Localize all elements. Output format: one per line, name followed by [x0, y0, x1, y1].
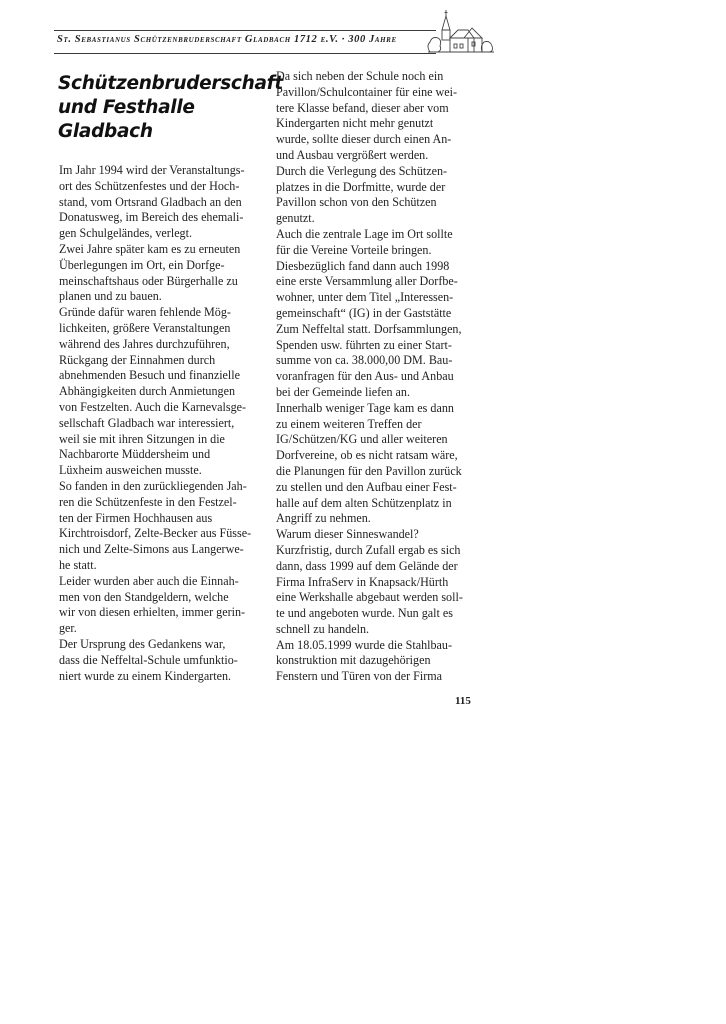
text-line: Pavillon/Schulcontainer für eine wei- [276, 85, 490, 101]
text-line: ger. [59, 621, 273, 637]
text-line: Überlegungen im Ort, ein Dorfge- [59, 258, 273, 274]
text-line: Innerhalb weniger Tage kam es dann [276, 401, 490, 417]
text-line: Abhängigkeiten durch Anmietungen [59, 384, 273, 400]
text-line: abnehmenden Besuch und finanzielle [59, 368, 273, 384]
text-line: Kirchtroisdorf, Zelte-Becker aus Füsse- [59, 526, 273, 542]
text-line: Der Ursprung des Gedankens war, [59, 637, 273, 653]
text-line: Kindergarten nicht mehr genutzt [276, 116, 490, 132]
text-line: weil sie mit ihren Sitzungen in die [59, 432, 273, 448]
left-column-text: Im Jahr 1994 wird der Veranstaltungs- or… [59, 163, 273, 684]
text-line: von Festzelten. Auch die Karnevalsge- [59, 400, 273, 416]
text-line: Spenden usw. führten zu einer Start- [276, 338, 490, 354]
text-line: Fenstern und Türen von der Firma [276, 669, 490, 685]
running-header: St. Sebastianus Schützenbruderschaft Gla… [54, 20, 494, 60]
text-line: Nachbarorte Müddersheim und [59, 447, 273, 463]
text-line: te und angeboten wurde. Nun galt es [276, 606, 490, 622]
text-line: voranfragen für den Aus- und Anbau [276, 369, 490, 385]
text-line: dass die Neffeltal-Schule umfunktio- [59, 653, 273, 669]
text-line: Firma InfraServ in Knapsack/Hürth [276, 575, 490, 591]
text-line: Warum dieser Sinneswandel? [276, 527, 490, 543]
text-line: wurde, sollte dieser durch einen An- [276, 132, 490, 148]
text-line: ort des Schützenfestes und der Hoch- [59, 179, 273, 195]
text-line: Durch die Verlegung des Schützen- [276, 164, 490, 180]
text-line: Da sich neben der Schule noch ein [276, 69, 490, 85]
text-line: zu stellen und den Aufbau einer Fest- [276, 480, 490, 496]
text-line: Diesbezüglich fand dann auch 1998 [276, 259, 490, 275]
text-line: sellschaft Gladbach war interessiert, [59, 416, 273, 432]
right-column-text: Da sich neben der Schule noch ein Pavill… [276, 69, 490, 685]
article-title: Schützenbruderschaft und Festhalle Gladb… [58, 72, 268, 144]
text-line: Kurzfristig, durch Zufall ergab es sich [276, 543, 490, 559]
text-line: Dorfvereine, ob es nicht ratsam wäre, [276, 448, 490, 464]
running-title: St. Sebastianus Schützenbruderschaft Gla… [57, 34, 397, 45]
text-line: die Planungen für den Pavillon zurück [276, 464, 490, 480]
text-line: Zum Neffeltal statt. Dorfsammlungen, [276, 322, 490, 338]
text-line: Angriff zu nehmen. [276, 511, 490, 527]
text-line: gen Schulgeländes, verlegt. [59, 226, 273, 242]
text-line: Pavillon schon von den Schützen [276, 195, 490, 211]
text-line: ren die Schützenfeste in den Festzel- [59, 495, 273, 511]
text-line: So fanden in den zurückliegenden Jah- [59, 479, 273, 495]
church-illustration-icon [424, 8, 496, 60]
text-line: für die Vereine Vorteile bringen. [276, 243, 490, 259]
text-line: halle auf dem alten Schützenplatz in [276, 496, 490, 512]
text-line: Gründe dafür waren fehlende Mög- [59, 305, 273, 321]
text-line: konstruktion mit dazugehörigen [276, 653, 490, 669]
text-line: dann, dass 1999 auf dem Gelände der [276, 559, 490, 575]
text-line: bei der Gemeinde liefen an. [276, 385, 490, 401]
text-line: Im Jahr 1994 wird der Veranstaltungs- [59, 163, 273, 179]
text-line: men von den Standgeldern, welche [59, 590, 273, 606]
title-line: Schützenbruderschaft [58, 72, 268, 96]
text-line: Donatusweg, im Bereich des ehemali- [59, 210, 273, 226]
text-line: zu einem weiteren Treffen der [276, 417, 490, 433]
text-line: planen und zu bauen. [59, 289, 273, 305]
text-line: summe von ca. 38.000,00 DM. Bau- [276, 353, 490, 369]
text-line: während des Jahres durchzuführen, [59, 337, 273, 353]
text-line: schnell zu handeln. [276, 622, 490, 638]
text-line: Lüxheim ausweichen musste. [59, 463, 273, 479]
text-line: Rückgang der Einnahmen durch [59, 353, 273, 369]
text-line: meinschaftshaus oder Bürgerhalle zu [59, 274, 273, 290]
text-line: genutzt. [276, 211, 490, 227]
text-line: wohner, unter dem Titel „Interessen- [276, 290, 490, 306]
header-rule-top [54, 30, 436, 31]
text-line: Am 18.05.1999 wurde die Stahlbau- [276, 638, 490, 654]
text-line: ten der Firmen Hochhausen aus [59, 511, 273, 527]
title-line: Gladbach [58, 120, 268, 144]
text-line: Zwei Jahre später kam es zu erneuten [59, 242, 273, 258]
text-line: tere Klasse befand, dieser aber vom [276, 101, 490, 117]
title-line: und Festhalle [58, 96, 268, 120]
text-line: he statt. [59, 558, 273, 574]
text-line: platzes in die Dorfmitte, wurde der [276, 180, 490, 196]
text-line: niert wurde zu einem Kindergarten. [59, 669, 273, 685]
text-line: eine erste Versammlung aller Dorfbe- [276, 274, 490, 290]
text-line: wir von diesen erhielten, immer gerin- [59, 605, 273, 621]
text-line: stand, vom Ortsrand Gladbach an den [59, 195, 273, 211]
page-number: 115 [455, 695, 471, 707]
text-line: gemeinschaft“ (IG) in der Gaststätte [276, 306, 490, 322]
text-line: nich und Zelte-Simons aus Langerwe- [59, 542, 273, 558]
text-line: Auch die zentrale Lage im Ort sollte [276, 227, 490, 243]
text-line: lichkeiten, größere Veranstaltungen [59, 321, 273, 337]
header-rule-bottom [54, 53, 436, 54]
text-line: IG/Schützen/KG und aller weiteren [276, 432, 490, 448]
text-line: und Ausbau vergrößert werden. [276, 148, 490, 164]
text-line: eine Werkshalle abgebaut werden soll- [276, 590, 490, 606]
text-line: Leider wurden aber auch die Einnah- [59, 574, 273, 590]
